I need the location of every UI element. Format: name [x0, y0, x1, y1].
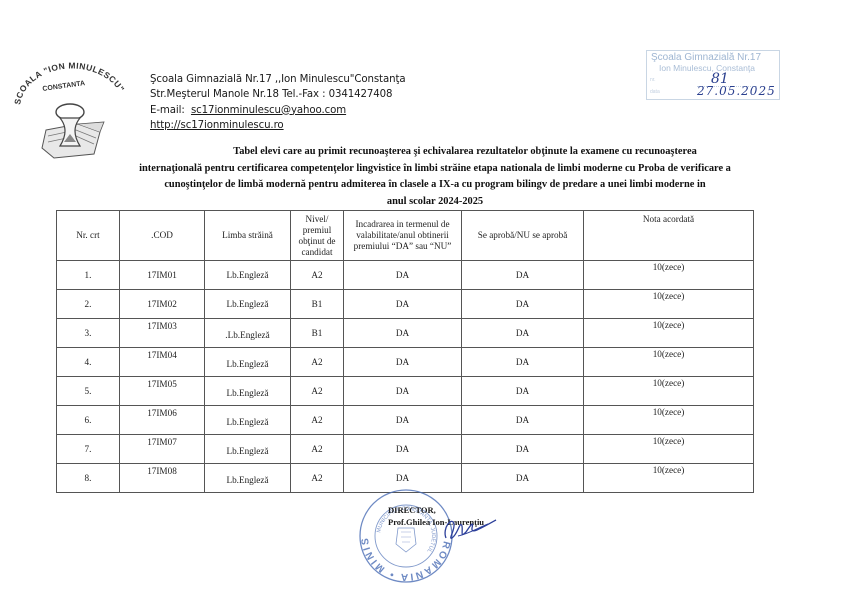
cell-nota: 10(zece) — [584, 435, 754, 464]
cell-nivel: B1 — [291, 290, 344, 319]
cell-aprobare: DA — [462, 348, 584, 377]
table-row: 4.17IM04Lb.EnglezăA2DADA10(zece) — [57, 348, 754, 377]
cell-nota-text: 10(zece) — [584, 378, 753, 388]
cell-nr: 5. — [57, 377, 120, 406]
cell-limba-text: Lb.Engleză — [226, 446, 268, 456]
cell-limba-text: Lb.Engleză — [226, 359, 268, 369]
cell-nr: 4. — [57, 348, 120, 377]
table-row: 2.17IM02Lb.EnglezăB1DADA10(zece) — [57, 290, 754, 319]
cell-nivel: A2 — [291, 261, 344, 290]
cell-nivel: A2 — [291, 406, 344, 435]
cell-incadrare: DA — [344, 435, 462, 464]
cell-aprobare: DA — [462, 290, 584, 319]
email-link[interactable]: sc17ionminulescu@yahoo.com — [191, 105, 346, 116]
cell-nota-text: 10(zece) — [584, 436, 753, 446]
cell-limba-text: .Lb.Engleză — [225, 330, 269, 340]
cell-limba: Lb.Engleză — [205, 348, 291, 377]
table-header-row: Nr. crt .COD Limba străină Nivel/ premiu… — [57, 211, 754, 261]
cell-limba: Lb.Engleză — [205, 290, 291, 319]
cell-nota-text: 10(zece) — [584, 262, 753, 272]
cell-nota-text: 10(zece) — [584, 291, 753, 301]
logo-sub-text: CONSTANTA — [42, 80, 85, 93]
cell-nivel: A2 — [291, 464, 344, 493]
document-title: Tabel elevi care au primit recunoaşterea… — [40, 144, 830, 210]
email-label: E-mail: — [150, 105, 185, 116]
registration-stamp: Şcoala Gimnazială Nr.17 Ion Minulescu, C… — [646, 50, 780, 100]
cell-limba-text: Lb.Engleză — [226, 388, 268, 398]
title-line-4: anul scolar 2024-2025 — [40, 194, 830, 211]
header-cod: .COD — [120, 211, 205, 261]
cell-nota: 10(zece) — [584, 406, 754, 435]
cell-cod: 17IM04 — [120, 348, 205, 377]
cell-limba-text: Lb.Engleză — [226, 270, 268, 280]
cell-nivel: B1 — [291, 319, 344, 348]
cell-limba: Lb.Engleză — [205, 261, 291, 290]
cell-cod-text: 17IM07 — [120, 437, 204, 447]
registration-date: 27.05.2025 — [697, 84, 776, 98]
header-nr-crt: Nr. crt — [57, 211, 120, 261]
school-email-line: E-mail: sc17ionminulescu@yahoo.com — [150, 103, 405, 118]
cell-aprobare: DA — [462, 261, 584, 290]
cell-nota: 10(zece) — [584, 377, 754, 406]
cell-cod-text: 17IM01 — [147, 270, 177, 280]
cell-nota: 10(zece) — [584, 464, 754, 493]
cell-nr: 2. — [57, 290, 120, 319]
cell-aprobare: DA — [462, 406, 584, 435]
cell-nr: 7. — [57, 435, 120, 464]
cell-nota-text: 10(zece) — [584, 320, 753, 330]
stamp-school-sub: Ion Minulescu, Constanţa — [659, 63, 755, 73]
title-line-1: Tabel elevi care au primit recunoaşterea… — [40, 144, 830, 161]
cell-aprobare: DA — [462, 464, 584, 493]
cell-limba: Lb.Engleză — [205, 377, 291, 406]
cell-incadrare: DA — [344, 406, 462, 435]
cell-limba: Lb.Engleză — [205, 406, 291, 435]
cell-incadrare: DA — [344, 348, 462, 377]
table-row: 5.17IM05Lb.EnglezăA2DADA10(zece) — [57, 377, 754, 406]
cell-aprobare: DA — [462, 319, 584, 348]
handwritten-signature — [438, 506, 498, 546]
cell-cod-text: 17IM06 — [120, 408, 204, 418]
cell-limba-text: Lb.Engleză — [226, 417, 268, 427]
cell-cod: 17IM08 — [120, 464, 205, 493]
cell-nota: 10(zece) — [584, 261, 754, 290]
cell-cod: 17IM07 — [120, 435, 205, 464]
header-incadrare: Incadrarea in termenul de valabilitate/a… — [344, 211, 462, 261]
stamp-school-name: Şcoala Gimnazială Nr.17 — [651, 52, 761, 63]
cell-nota-text: 10(zece) — [584, 407, 753, 417]
cell-nr: 8. — [57, 464, 120, 493]
website-link[interactable]: http://sc17ionminulescu.ro — [150, 118, 405, 133]
cell-cod: 17IM02 — [120, 290, 205, 319]
cell-nota-text: 10(zece) — [584, 349, 753, 359]
cell-nivel: A2 — [291, 435, 344, 464]
cell-limba: Lb.Engleză — [205, 435, 291, 464]
cell-nivel: A2 — [291, 348, 344, 377]
cell-cod: 17IM01 — [120, 261, 205, 290]
cell-nota: 10(zece) — [584, 319, 754, 348]
cell-aprobare: DA — [462, 435, 584, 464]
cell-incadrare: DA — [344, 319, 462, 348]
cell-incadrare: DA — [344, 261, 462, 290]
table-row: 6.17IM06Lb.EnglezăA2DADA10(zece) — [57, 406, 754, 435]
cell-limba: .Lb.Engleză — [205, 319, 291, 348]
cell-limba-text: Lb.Engleză — [226, 299, 268, 309]
cell-aprobare: DA — [462, 377, 584, 406]
cell-nota: 10(zece) — [584, 348, 754, 377]
cell-cod: 17IM06 — [120, 406, 205, 435]
cell-nota: 10(zece) — [584, 290, 754, 319]
cell-cod-text: 17IM02 — [147, 299, 177, 309]
cell-limba: Lb.Engleză — [205, 464, 291, 493]
signature-icon — [438, 506, 498, 546]
title-line-3: cunoştinţelor de limbă modernă pentru ad… — [40, 177, 830, 194]
cell-cod: 17IM03 — [120, 319, 205, 348]
school-name: Şcoala Gimnazială Nr.17 ,,Ion Minulescu"… — [150, 72, 405, 87]
header-nota: Nota acordată — [584, 211, 754, 261]
cell-limba-text: Lb.Engleză — [226, 475, 268, 485]
school-address: Str.Meşterul Manole Nr.18 Tel.-Fax : 034… — [150, 87, 405, 102]
cell-cod-text: 17IM03 — [120, 321, 204, 331]
cell-incadrare: DA — [344, 290, 462, 319]
cell-cod-text: 17IM04 — [120, 350, 204, 360]
header-limba-straina: Limba străină — [205, 211, 291, 261]
students-table: Nr. crt .COD Limba străină Nivel/ premiu… — [56, 210, 754, 493]
cell-nr: 3. — [57, 319, 120, 348]
header-nivel: Nivel/ premiul obţinut de candidat — [291, 211, 344, 261]
cell-cod-text: 17IM08 — [120, 466, 204, 476]
table-row: 7.17IM07Lb.EnglezăA2DADA10(zece) — [57, 435, 754, 464]
cell-nota-text: 10(zece) — [584, 465, 753, 475]
cell-incadrare: DA — [344, 377, 462, 406]
cell-nr: 1. — [57, 261, 120, 290]
table-row: 1.17IM01Lb.EnglezăA2DADA10(zece) — [57, 261, 754, 290]
title-line-2: internaţională pentru certificarea compe… — [40, 161, 830, 178]
cell-cod: 17IM05 — [120, 377, 205, 406]
cell-nr: 6. — [57, 406, 120, 435]
table-row: 3.17IM03.Lb.EnglezăB1DADA10(zece) — [57, 319, 754, 348]
school-header: Şcoala Gimnazială Nr.17 ,,Ion Minulescu"… — [150, 72, 405, 133]
cell-cod-text: 17IM05 — [120, 379, 204, 389]
cell-nivel: A2 — [291, 377, 344, 406]
header-aprobare: Se aprobă/NU se aprobă — [462, 211, 584, 261]
